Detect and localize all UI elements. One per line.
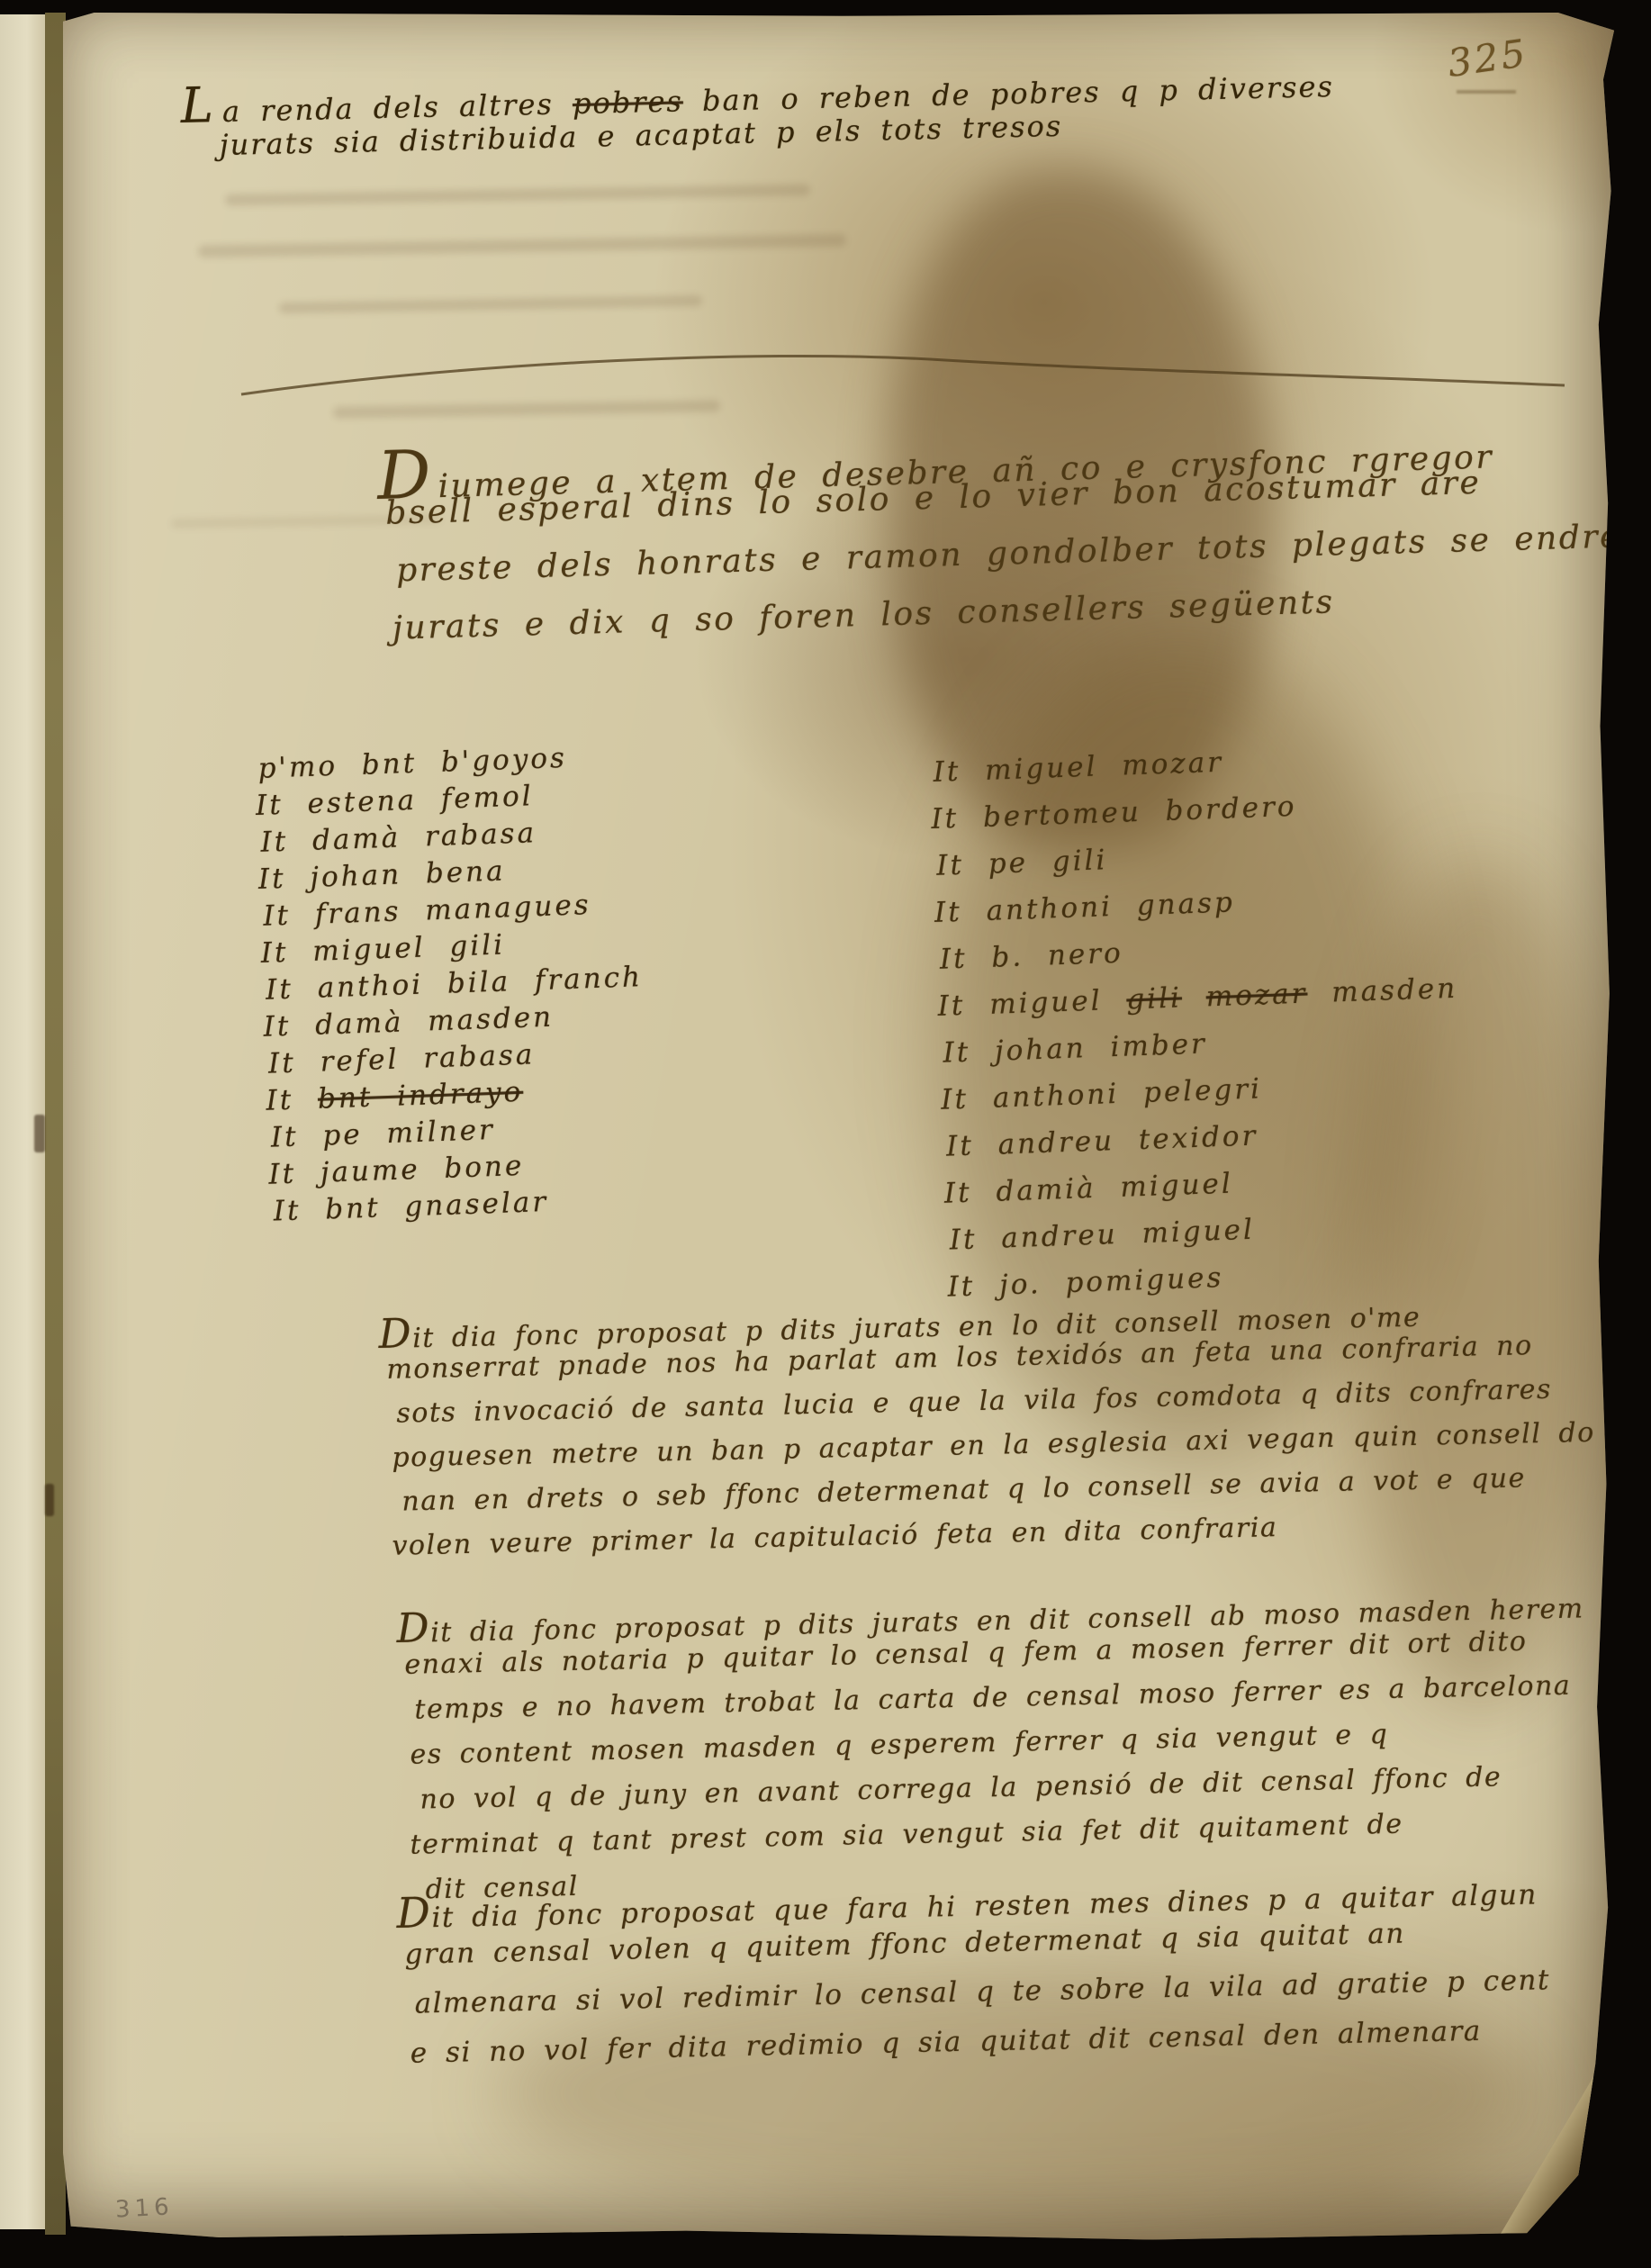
heading: La renda dels altres pobres ban o reben … <box>180 51 1336 180</box>
binding-gutter <box>45 13 66 2235</box>
folio-number: 325 <box>1445 31 1530 86</box>
record-paragraph-3: Dit dia fonc proposat que fara hi resten… <box>396 1865 1552 2087</box>
folio-underline-smudge <box>1457 90 1516 94</box>
record-paragraph-1: Dit dia fonc proposat p dits jurats en l… <box>378 1285 1597 1575</box>
intro-paragraph: Diumege a xtem de desebre añ co e crysfo… <box>376 402 1646 668</box>
manuscript-page: 325 La renda dels altres pobres ban o re… <box>63 13 1620 2242</box>
bleedthrough-text <box>198 234 846 258</box>
bleedthrough-text <box>279 295 702 313</box>
councillor-list-left: p'mo bnt b'goyosIt estena femolIt damà r… <box>254 739 651 1232</box>
binding-mark <box>34 1115 45 1152</box>
bleedthrough-text <box>225 184 810 205</box>
page-curl <box>1498 2040 1615 2238</box>
photograph-background: 325 La renda dels altres pobres ban o re… <box>0 0 1651 2268</box>
pencil-note: 316 <box>114 2193 174 2223</box>
councillor-list-right: It miguel mozarIt bertomeu borderoIt pe … <box>929 738 1468 1318</box>
bleedthrough-text <box>333 400 720 419</box>
binding-mark <box>45 1484 54 1516</box>
